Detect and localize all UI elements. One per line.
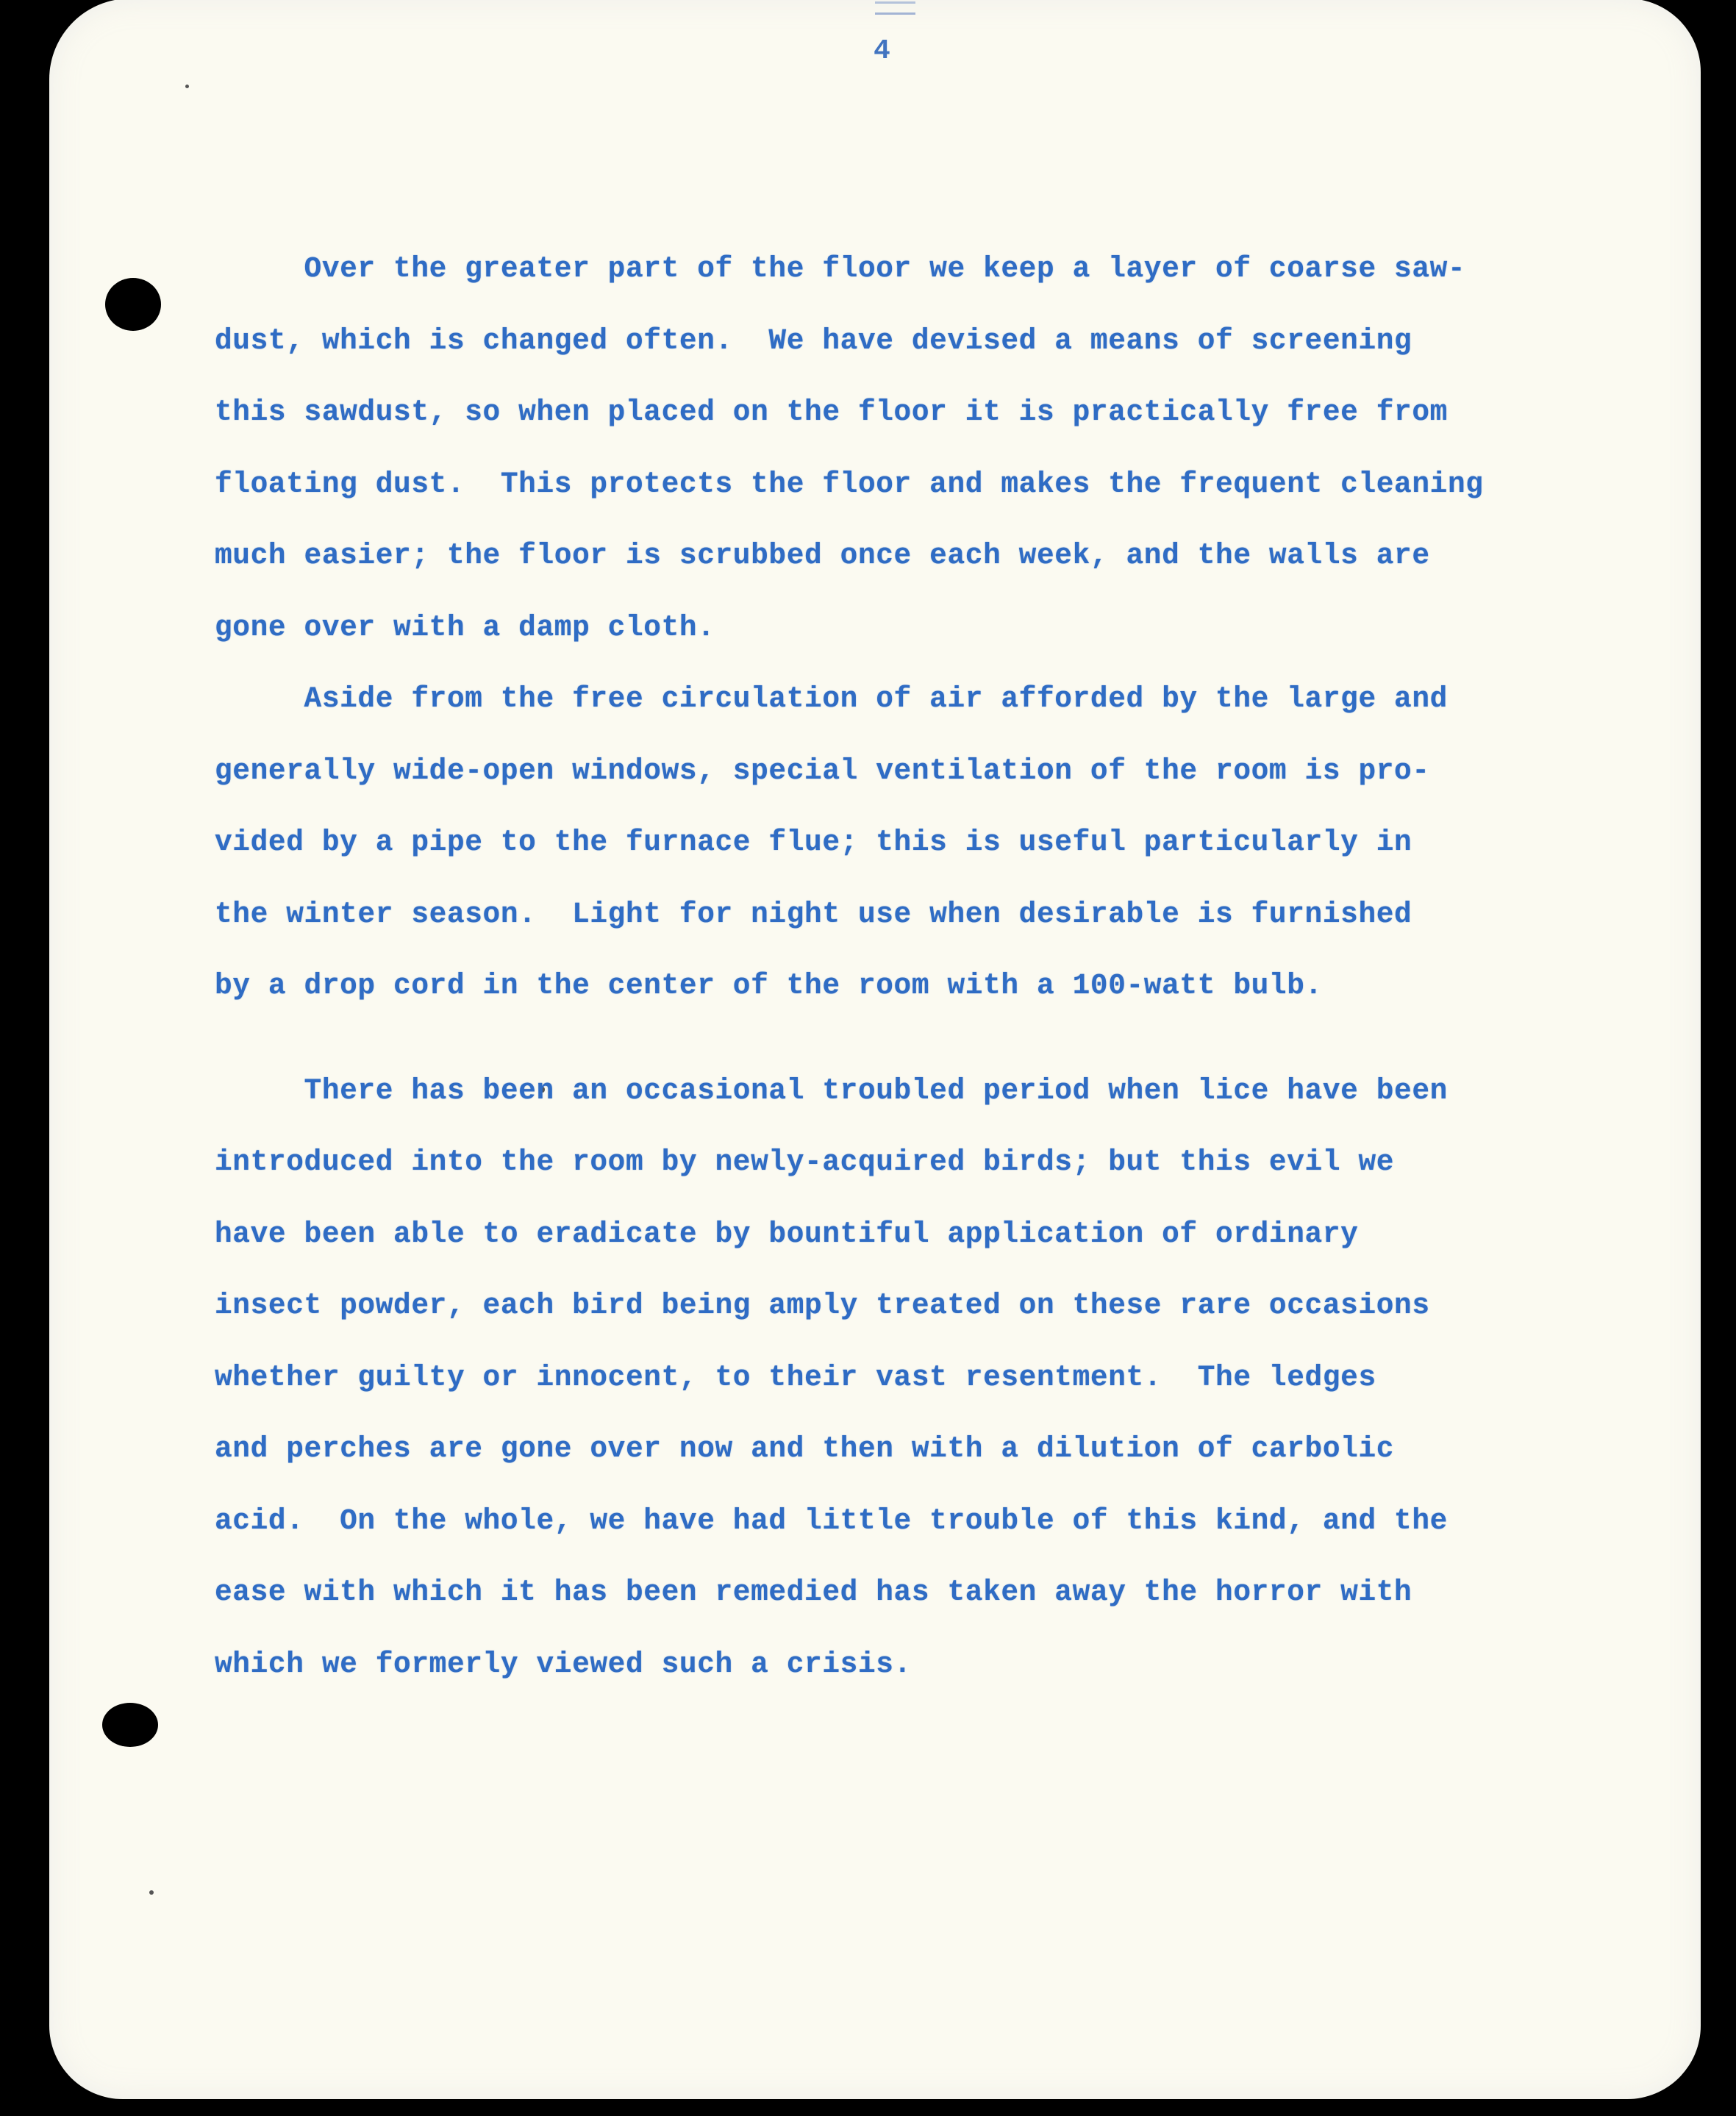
text-line: whether guilty or innocent, to their vas…	[215, 1356, 1649, 1428]
top-edge-mark	[875, 1, 915, 15]
text-line: There has been an occasional troubled pe…	[215, 1069, 1649, 1141]
text-line: insect powder, each bird being amply tre…	[215, 1284, 1649, 1356]
text-line: acid. On the whole, we have had little t…	[215, 1499, 1649, 1571]
text-line: gone over with a damp cloth.	[215, 606, 1649, 678]
text-line: much easier; the floor is scrubbed once …	[215, 534, 1649, 606]
document-body: Over the greater part of the floor we ke…	[215, 247, 1649, 1714]
punch-hole-bottom	[102, 1703, 158, 1747]
text-line: have been able to eradicate by bountiful…	[215, 1212, 1649, 1284]
text-line: this sawdust, so when placed on the floo…	[215, 390, 1649, 462]
text-line: by a drop cord in the center of the room…	[215, 964, 1649, 1036]
paragraph-lice: There has been an occasional troubled pe…	[215, 1069, 1649, 1715]
text-line: the winter season. Light for night use w…	[215, 893, 1649, 965]
text-line: which we formerly viewed such a crisis.	[215, 1643, 1649, 1715]
text-line: ease with which it has been remedied has…	[215, 1570, 1649, 1643]
text-line: floating dust. This protects the floor a…	[215, 462, 1649, 535]
paper-speck	[149, 1890, 154, 1895]
paper-speck	[185, 85, 189, 88]
text-line: vided by a pipe to the furnace flue; thi…	[215, 821, 1649, 893]
text-line: introduced into the room by newly-acquir…	[215, 1140, 1649, 1212]
paragraph-ventilation: Aside from the free circulation of air a…	[215, 677, 1649, 1036]
text-line: Over the greater part of the floor we ke…	[215, 247, 1649, 319]
paragraph-floor-care: Over the greater part of the floor we ke…	[215, 247, 1649, 677]
punch-hole-top	[105, 278, 161, 331]
text-line: dust, which is changed often. We have de…	[215, 319, 1649, 391]
page-number: 4	[874, 35, 890, 67]
text-line: generally wide-open windows, special ven…	[215, 749, 1649, 821]
text-line: and perches are gone over now and then w…	[215, 1427, 1649, 1499]
paragraph-spacer	[215, 1036, 1649, 1069]
text-line: Aside from the free circulation of air a…	[215, 677, 1649, 749]
